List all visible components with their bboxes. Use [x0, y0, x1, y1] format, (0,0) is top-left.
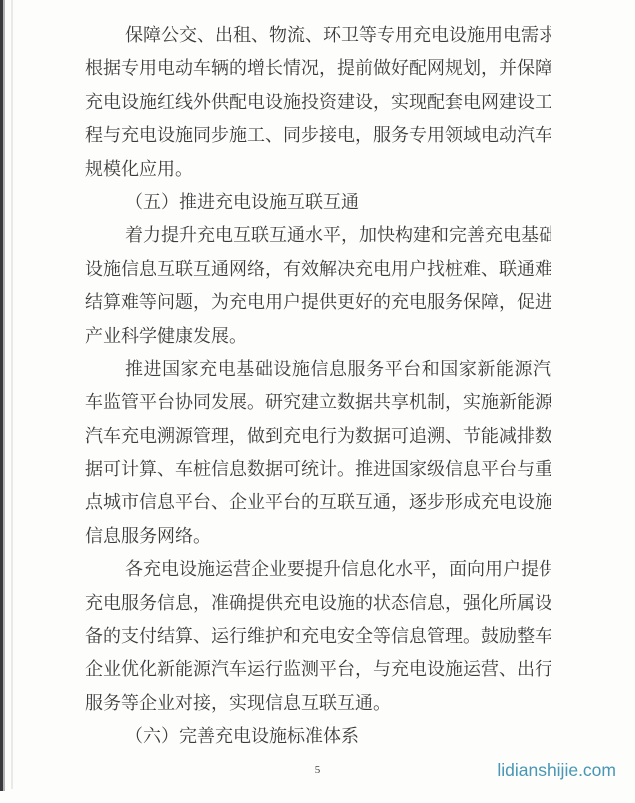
section-heading-5: （五）推进充电设施互联互通 — [85, 186, 551, 219]
paragraph-line: 汽车充电溯源管理，做到充电行为数据可追溯、节能减排数 — [85, 420, 551, 453]
paragraph-line: 着力提升充电互联互通水平，加快构建和完善充电基础 — [85, 219, 551, 252]
paragraph-line: 充电服务信息，准确提供充电设施的状态信息，强化所属设 — [85, 587, 551, 620]
paragraph-line: 保障公交、出租、物流、环卫等专用充电设施用电需求。 — [85, 19, 551, 52]
document-body: 保障公交、出租、物流、环卫等专用充电设施用电需求。 根据专用电动车辆的增长情况，… — [85, 19, 551, 754]
paragraph-line: 据可计算、车桩信息数据可统计。推进国家级信息平台与重 — [85, 453, 551, 486]
paragraph-line: 点城市信息平台、企业平台的互联互通，逐步形成充电设施 — [85, 486, 551, 519]
paragraph-line: 服务等企业对接，实现信息互联互通。 — [85, 687, 551, 720]
paragraph-line: 规模化应用。 — [85, 153, 551, 186]
scan-binding-edge-shade — [3, 0, 5, 791]
paragraph-line: 充电设施红线外供配电设施投资建设，实现配套电网建设工 — [85, 86, 551, 119]
document-page: 保障公交、出租、物流、环卫等专用充电设施用电需求。 根据专用电动车辆的增长情况，… — [0, 0, 635, 803]
paragraph-line: 产业科学健康发展。 — [85, 320, 551, 353]
section-heading-6: （六）完善充电设施标准体系 — [85, 720, 551, 753]
paragraph-line: 设施信息互联互通网络，有效解决充电用户找桩难、联通难、 — [85, 253, 551, 286]
paragraph-line: 结算难等问题，为充电用户提供更好的充电服务保障，促进 — [85, 286, 551, 319]
paragraph-line: 根据专用电动车辆的增长情况，提前做好配网规划，并保障 — [85, 52, 551, 85]
paragraph-line: 推进国家充电基础设施信息服务平台和国家新能源汽 — [85, 353, 551, 386]
paragraph-line: 车监管平台协同发展。研究建立数据共享机制，实施新能源 — [85, 386, 551, 419]
paragraph-line: 企业优化新能源汽车运行监测平台，与充电设施运营、出行 — [85, 653, 551, 686]
paragraph-line: 信息服务网络。 — [85, 520, 551, 553]
paragraph-line: 各充电设施运营企业要提升信息化水平，面向用户提供 — [85, 553, 551, 586]
scan-fold-line — [11, 0, 13, 789]
paragraph-line: 程与充电设施同步施工、同步接电，服务专用领域电动汽车 — [85, 119, 551, 152]
paragraph-line: 备的支付结算、运行维护和充电安全等信息管理。鼓励整车 — [85, 620, 551, 653]
watermark-text: lidianshijie.com — [497, 760, 616, 781]
